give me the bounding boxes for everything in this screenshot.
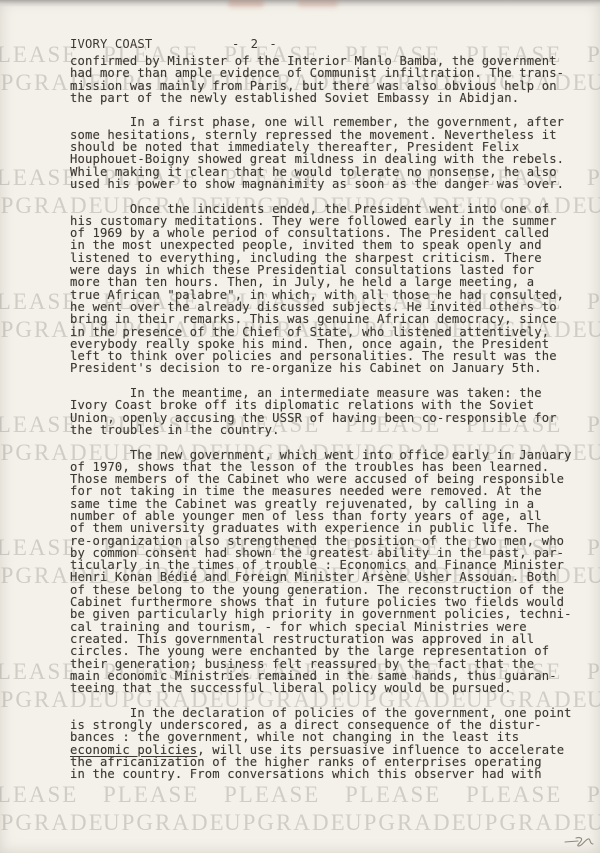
document-title: IVORY COAST (70, 37, 152, 51)
ink-bleed-mark (228, 0, 264, 7)
text-line: their generation; business felt reassure… (70, 658, 572, 670)
paragraph: The new government, which went into offi… (70, 449, 572, 695)
watermark-word: UPGRADE (587, 317, 600, 343)
paragraph: Once the incidents ended, the President … (70, 203, 572, 375)
paragraph: In a first phase, one will remember, the… (70, 116, 572, 190)
watermark-word: UPGRADE (587, 687, 600, 713)
text-line: teeing that the successful liberal polic… (70, 682, 572, 694)
watermark-row: PLEASEPLEASEPLEASEPLEASEPLEASEPLEASE (0, 782, 600, 808)
watermark-word: PLEASE (587, 782, 600, 808)
watermark-word: PLEASE (587, 535, 600, 561)
watermark-word: PLEASE (345, 782, 466, 808)
watermark-word: PLEASE (587, 289, 600, 315)
text-line: be given particularly high priority in g… (70, 608, 572, 620)
watermark-word: UPGRADE (103, 810, 224, 836)
text-line: The new government, which went into offi… (70, 449, 572, 461)
watermark-word: UPGRADE (587, 563, 600, 589)
ink-bleed-mark (298, 0, 338, 7)
watermark-word: PLEASE (103, 782, 224, 808)
watermark-word: PLEASE (587, 412, 600, 438)
text-line: President's decision to re-organize his … (70, 362, 572, 374)
text-line: circles. The young were enchanted by the… (70, 645, 572, 657)
text-line: Houphouet-Boigny showed great mildness i… (70, 153, 572, 165)
text-line: bring in their remarks. This was genuine… (70, 313, 572, 325)
watermark-word: PLEASE (0, 782, 103, 808)
text-line: had more than ample evidence of Communis… (70, 67, 572, 79)
text-line: the part of the newly established Soviet… (70, 92, 572, 104)
document-page: PLEASEPLEASEPLEASEPLEASEPLEASEPLEASEUPGR… (0, 0, 600, 853)
watermark-row: UPGRADEUPGRADEUPGRADEUPGRADEUPGRADEUPGRA… (0, 810, 600, 836)
watermark-word: PLEASE (587, 165, 600, 191)
paragraph: In the declaration of policies of the go… (70, 707, 572, 781)
text-line: more than ten hours. Then, in July, he h… (70, 276, 572, 288)
watermark-word: PLEASE (224, 782, 345, 808)
text-line: In a first phase, one will remember, the… (70, 116, 572, 128)
watermark-word: UPGRADE (587, 70, 600, 96)
watermark-word: PLEASE (466, 782, 587, 808)
watermark-word: UPGRADE (345, 810, 466, 836)
text-line: of them university graduates with experi… (70, 522, 572, 534)
text-line: Once the incidents ended, the President … (70, 203, 572, 215)
watermark-word: UPGRADE (0, 810, 103, 836)
paragraph: confirmed by Minister of the Interior Ma… (70, 55, 572, 104)
text-line: in the most unexpected people, invited t… (70, 239, 572, 251)
text-line: the troubles in the country. (70, 424, 572, 436)
pencil-mark-icon (562, 832, 598, 852)
page-number: - 2 - (232, 37, 279, 51)
text-line: in the presence of the Chief of State, w… (70, 326, 572, 338)
text-line: Ivory Coast broke off its diplomatic rel… (70, 399, 572, 411)
text-line: Henri Konan Bédié and Foreign Minister A… (70, 571, 572, 583)
text-line: for not taking in time the measures need… (70, 485, 572, 497)
watermark-word: PLEASE (587, 659, 600, 685)
watermark-word: UPGRADE (587, 193, 600, 219)
paragraph: In the meantime, an intermediate measure… (70, 387, 572, 436)
watermark-word: UPGRADE (224, 810, 345, 836)
watermark-word: UPGRADE (587, 440, 600, 466)
watermark-word: PLEASE (587, 42, 600, 68)
document-body: confirmed by Minister of the Interior Ma… (70, 55, 572, 781)
text-line: in the country. From conversations which… (70, 768, 572, 780)
text-line: used his power to show magnanimity as so… (70, 178, 572, 190)
